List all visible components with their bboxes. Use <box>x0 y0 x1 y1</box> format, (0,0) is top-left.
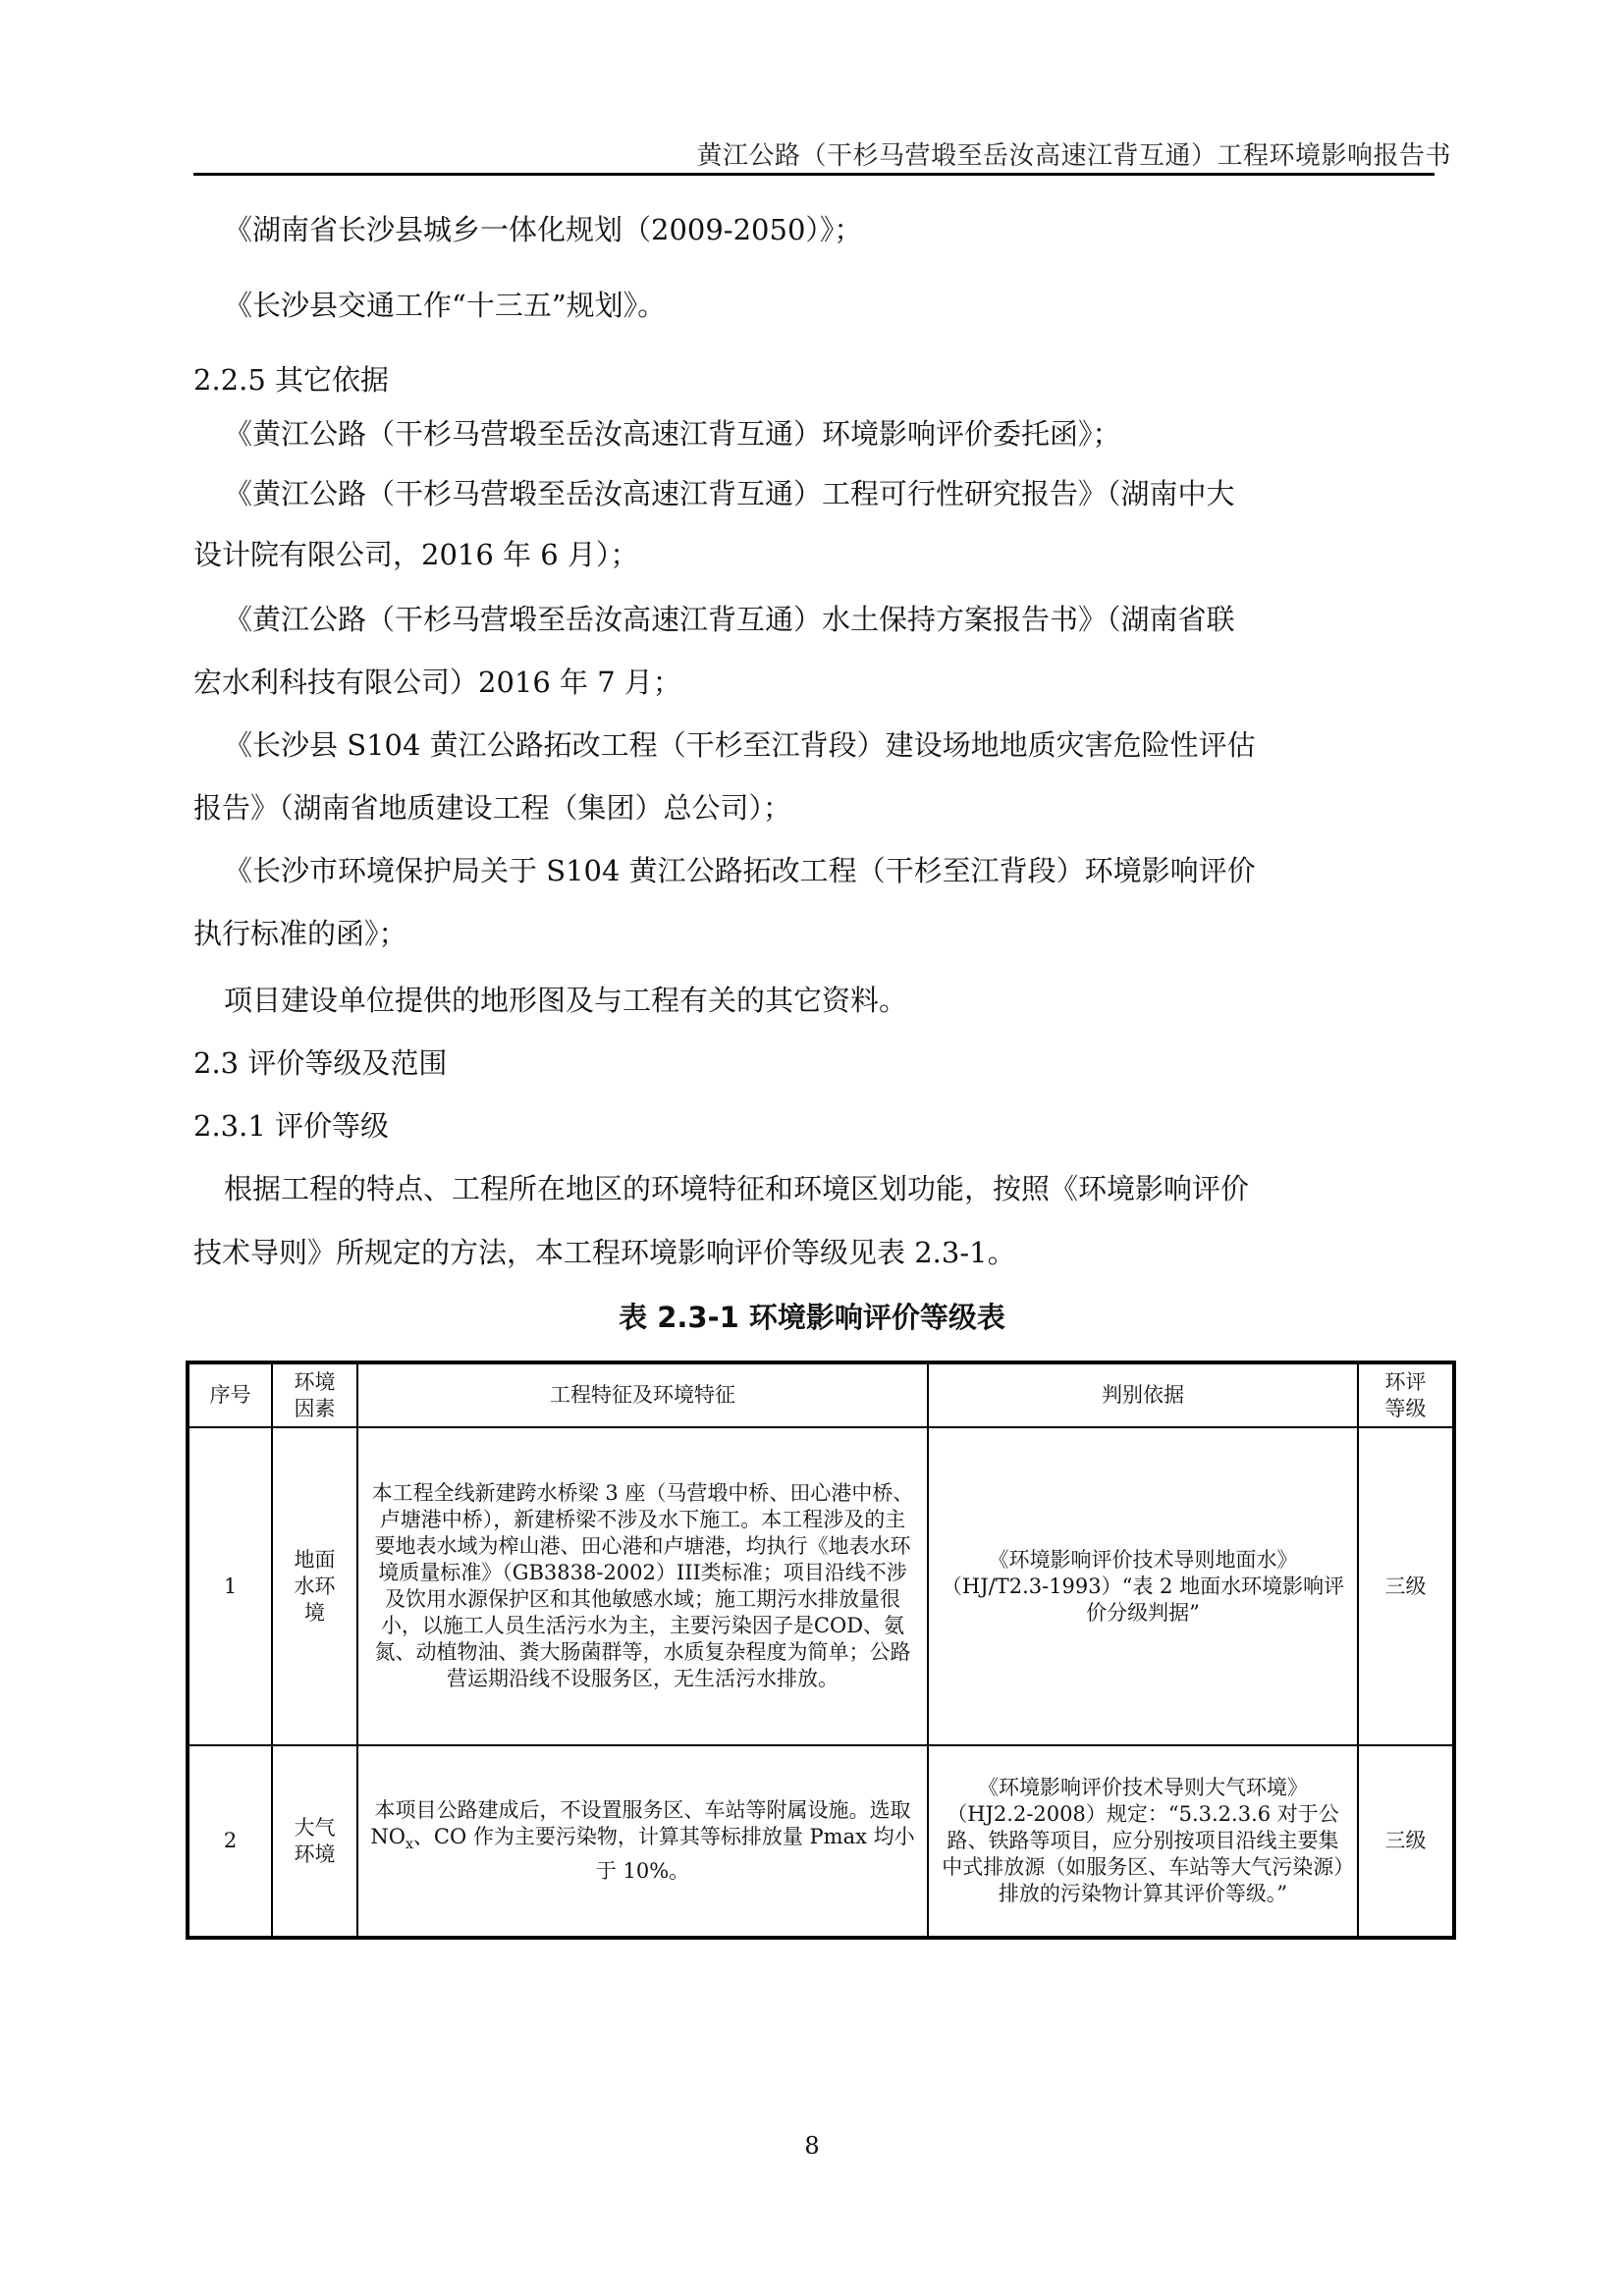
running-header-title: 黄江公路（干杉马营塅至岳汝高速江背互通）工程环境影响报告书 <box>696 135 1451 172</box>
reference-line-cont: 设计院有限公司，2016 年 6 月）； <box>193 538 638 571</box>
reference-line: 《黄江公路（干杉马营塅至岳汝高速江背互通）环境影响评价委托函》； <box>224 417 1121 451</box>
assessment-grade-table: 序号 环境 因素 工程特征及环境特征 判别依据 环评 等级 1 地面 水环 境 … <box>186 1361 1456 1940</box>
reference-line-cont: 报告》（湖南省地质建设工程（集团）总公司）； <box>193 791 791 825</box>
cell-factor: 地面 水环 境 <box>272 1427 357 1745</box>
header-features: 工程特征及环境特征 <box>357 1362 928 1427</box>
table-row: 2 大气 环境 本项目公路建成后，不设置服务区、车站等附属设施。选取 NOx、C… <box>188 1745 1454 1938</box>
cell-no: 2 <box>188 1745 272 1938</box>
cell-features: 本工程全线新建跨水桥梁 3 座（马营塅中桥、田心港中桥、卢塘港中桥），新建桥梁不… <box>357 1427 928 1745</box>
paragraph-line: 根据工程的特点、工程所在地区的环境特征和环境区划功能，按照《环境影响评价 <box>224 1172 1249 1205</box>
section-heading-2-3: 2.3 评价等级及范围 <box>193 1046 447 1080</box>
reference-line: 《长沙市环境保护局关于 S104 黄江公路拓改工程（干杉至江背段）环境影响评价 <box>224 854 1256 887</box>
reference-line: 《黄江公路（干杉马营塅至岳汝高速江背互通）水土保持方案报告书》（湖南省联 <box>224 603 1235 636</box>
reference-line: 项目建设单位提供的地形图及与工程有关的其它资料。 <box>224 984 907 1017</box>
cell-grade: 三级 <box>1358 1427 1454 1745</box>
table-row: 1 地面 水环 境 本工程全线新建跨水桥梁 3 座（马营塅中桥、田心港中桥、卢塘… <box>188 1427 1454 1745</box>
header-factor: 环境 因素 <box>272 1362 357 1427</box>
cell-no: 1 <box>188 1427 272 1745</box>
header-rule <box>193 173 1435 176</box>
reference-line: 《湖南省长沙县城乡一体化规划（2009-2050）》； <box>224 213 862 246</box>
cell-basis: 《环境影响评价技术导则地面水》（HJ/T2.3-1993）“表 2 地面水环境影… <box>928 1427 1358 1745</box>
header-basis: 判别依据 <box>928 1362 1358 1427</box>
section-heading-2-3-1: 2.3.1 评价等级 <box>193 1109 389 1143</box>
cell-grade: 三级 <box>1358 1745 1454 1938</box>
table-header-row: 序号 环境 因素 工程特征及环境特征 判别依据 环评 等级 <box>188 1362 1454 1427</box>
section-heading-2-2-5: 2.2.5 其它依据 <box>193 363 389 397</box>
header-no: 序号 <box>188 1362 272 1427</box>
reference-line: 《长沙县 S104 黄江公路拓改工程（干杉至江背段）建设场地地质灾害危险性评估 <box>224 728 1256 762</box>
reference-line: 《长沙县交通工作“十三五”规划》。 <box>224 289 666 322</box>
header-grade: 环评 等级 <box>1358 1362 1454 1427</box>
cell-features: 本项目公路建成后，不设置服务区、车站等附属设施。选取 NOx、CO 作为主要污染… <box>357 1745 928 1938</box>
reference-line-cont: 宏水利科技有限公司）2016 年 7 月； <box>193 666 681 699</box>
table-caption: 表 2.3-1 环境影响评价等级表 <box>0 1296 1624 1336</box>
cell-factor: 大气 环境 <box>272 1745 357 1938</box>
reference-line: 《黄江公路（干杉马营塅至岳汝高速江背互通）工程可行性研究报告》（湖南中大 <box>224 477 1235 510</box>
reference-line-cont: 执行标准的函》； <box>193 917 407 950</box>
paragraph-line: 技术导则》所规定的方法，本工程环境影响评价等级见表 2.3-1。 <box>193 1236 1016 1269</box>
page-number: 8 <box>0 2132 1624 2160</box>
cell-basis: 《环境影响评价技术导则大气环境》（HJ2.2-2008）规定：“5.3.2.3.… <box>928 1745 1358 1938</box>
